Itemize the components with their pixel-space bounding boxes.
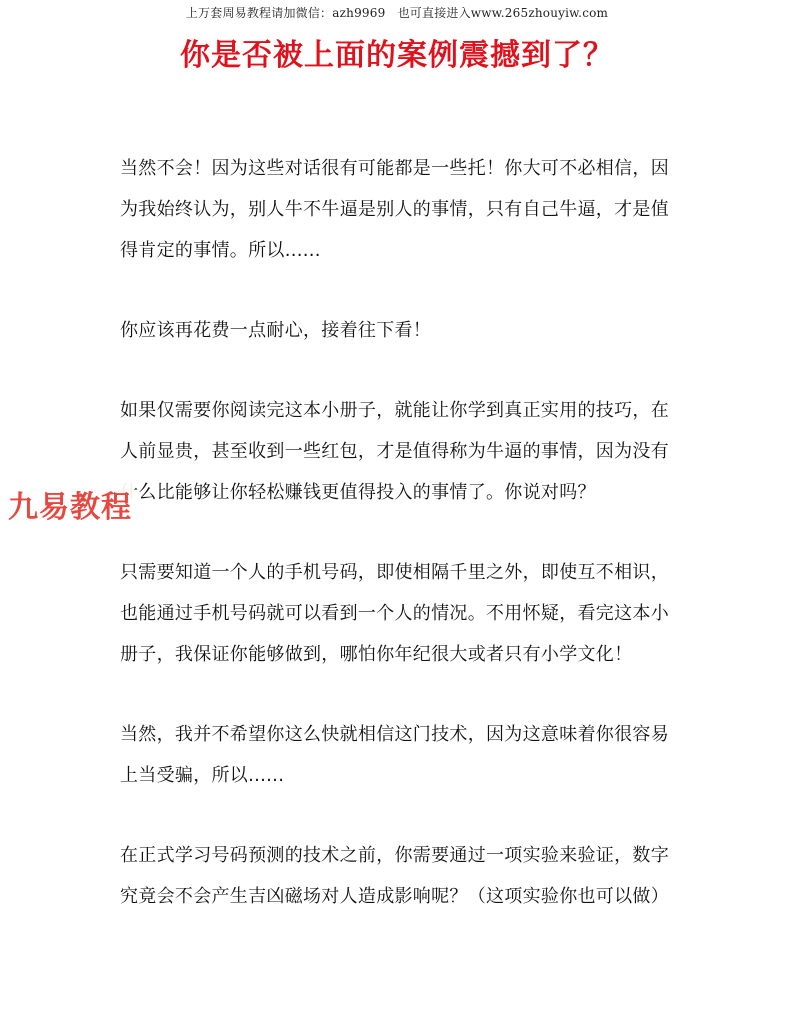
- paragraph-6: 在正式学习号码预测的技术之前，你需要通过一项实验来验证，数字究竟会不会产生吉凶磁…: [120, 835, 680, 917]
- paragraph-3: 如果仅需要你阅读完这本小册子，就能让你学到真正实用的技巧，在人前显贵，甚至收到一…: [120, 390, 680, 513]
- paragraph-2: 你应该再花费一点耐心，接着往下看！: [120, 310, 680, 351]
- watermark-logo: 九易教程: [6, 482, 134, 526]
- header-contact-note: 上万套周易教程请加微信：azh9969 也可直接进入www.265zhouyiw…: [0, 4, 794, 21]
- paragraph-4: 只需要知道一个人的手机号码，即使相隔千里之外，即使互不相识，也能通过手机号码就可…: [120, 552, 680, 675]
- paragraph-5: 当然，我并不希望你这么快就相信这门技术，因为这意味着你很容易上当受骗，所以...…: [120, 714, 680, 796]
- page-title: 你是否被上面的案例震撼到了？: [0, 30, 794, 74]
- paragraph-1: 当然不会！因为这些对话很有可能都是一些托！你大可不必相信，因为我始终认为，别人牛…: [120, 148, 680, 271]
- document-body: 当然不会！因为这些对话很有可能都是一些托！你大可不必相信，因为我始终认为，别人牛…: [120, 148, 680, 956]
